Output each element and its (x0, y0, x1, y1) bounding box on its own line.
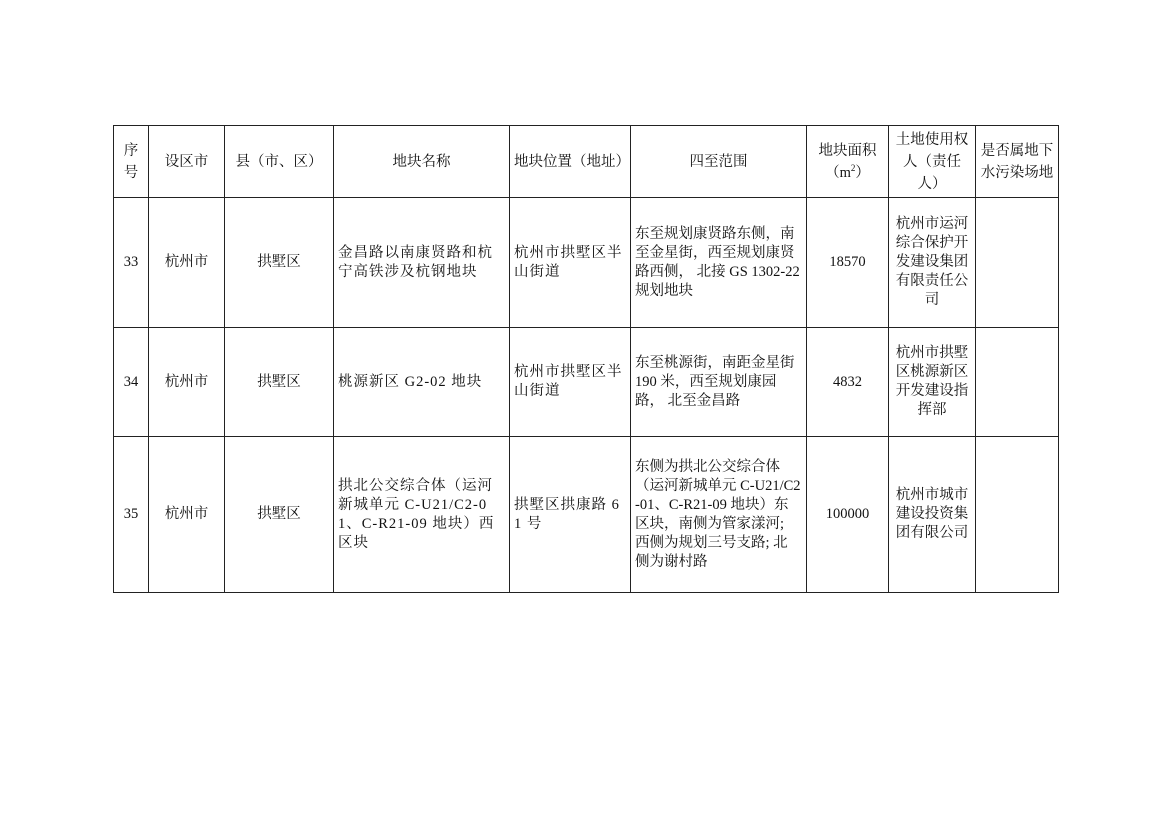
cell-area: 4832 (807, 328, 889, 437)
header-area: 地块面积（m2） (807, 126, 889, 198)
cell-city: 杭州市 (149, 328, 225, 437)
cell-boundaries: 东侧为拱北公交综合体（运河新城单元 C-U21/C2-01、C-R21-09 地… (631, 437, 807, 593)
document-page: 序号 设区市 县（市、区） 地块名称 地块位置（地址） 四至范围 地块面积（m2… (0, 0, 1169, 826)
header-location: 地块位置（地址） (510, 126, 631, 198)
cell-county: 拱墅区 (225, 437, 334, 593)
table-row: 34 杭州市 拱墅区 桃源新区 G2-02 地块 杭州市拱墅区半山街道 东至桃源… (114, 328, 1059, 437)
header-area-unit: （m2） (825, 165, 870, 181)
cell-plot-name: 拱北公交综合体（运河新城单元 C-U21/C2-01、C-R21-09 地块）西… (334, 437, 510, 593)
cell-city: 杭州市 (149, 437, 225, 593)
header-plot-name: 地块名称 (334, 126, 510, 198)
cell-city: 杭州市 (149, 198, 225, 328)
contaminated-land-table: 序号 设区市 县（市、区） 地块名称 地块位置（地址） 四至范围 地块面积（m2… (113, 125, 1059, 593)
header-groundwater: 是否属地下水污染场地 (976, 126, 1059, 198)
cell-groundwater (976, 328, 1059, 437)
cell-land-user: 杭州市运河综合保护开发建设集团有限责任公司 (889, 198, 976, 328)
cell-area: 100000 (807, 437, 889, 593)
cell-groundwater (976, 198, 1059, 328)
cell-area: 18570 (807, 198, 889, 328)
header-county: 县（市、区） (225, 126, 334, 198)
cell-seq: 35 (114, 437, 149, 593)
cell-boundaries: 东至规划康贤路东侧，南至金星街，西至规划康贤路西侧， 北接 GS 1302-22… (631, 198, 807, 328)
header-city: 设区市 (149, 126, 225, 198)
table-row: 33 杭州市 拱墅区 金昌路以南康贤路和杭宁高铁涉及杭钢地块 杭州市拱墅区半山街… (114, 198, 1059, 328)
cell-seq: 33 (114, 198, 149, 328)
cell-land-user: 杭州市城市建设投资集团有限公司 (889, 437, 976, 593)
cell-county: 拱墅区 (225, 198, 334, 328)
cell-location: 杭州市拱墅区半山街道 (510, 198, 631, 328)
header-seq: 序号 (114, 126, 149, 198)
cell-plot-name: 金昌路以南康贤路和杭宁高铁涉及杭钢地块 (334, 198, 510, 328)
cell-land-user: 杭州市拱墅区桃源新区开发建设指挥部 (889, 328, 976, 437)
header-boundaries: 四至范围 (631, 126, 807, 198)
table-row: 35 杭州市 拱墅区 拱北公交综合体（运河新城单元 C-U21/C2-01、C-… (114, 437, 1059, 593)
cell-plot-name: 桃源新区 G2-02 地块 (334, 328, 510, 437)
cell-seq: 34 (114, 328, 149, 437)
cell-location: 杭州市拱墅区半山街道 (510, 328, 631, 437)
cell-groundwater (976, 437, 1059, 593)
cell-location: 拱墅区拱康路 61 号 (510, 437, 631, 593)
cell-boundaries: 东至桃源街，南距金星街 190 米，西至规划康园路， 北至金昌路 (631, 328, 807, 437)
header-land-user: 土地使用权人（责任人） (889, 126, 976, 198)
cell-county: 拱墅区 (225, 328, 334, 437)
header-area-label: 地块面积 (819, 143, 877, 159)
table-header-row: 序号 设区市 县（市、区） 地块名称 地块位置（地址） 四至范围 地块面积（m2… (114, 126, 1059, 198)
